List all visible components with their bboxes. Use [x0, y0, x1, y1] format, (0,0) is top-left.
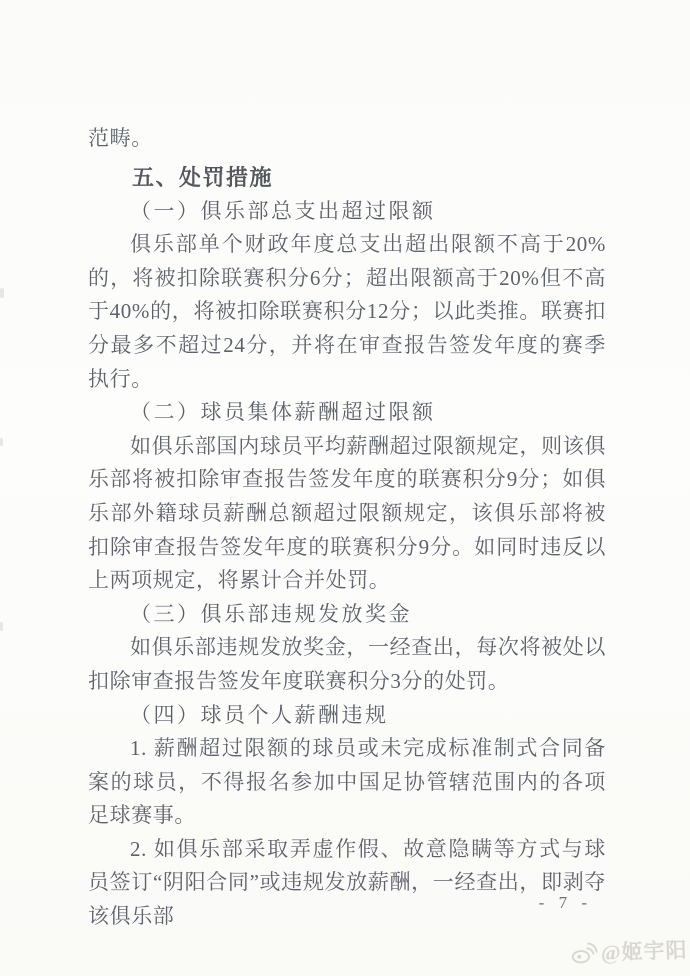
- document-body: 范畴。 五、处罚措施 （一）俱乐部总支出超过限额 俱乐部单个财政年度总支出超出限…: [88, 0, 606, 934]
- subsection-3-paragraph: 如俱乐部违规发放奖金，一经查出，每次将被处以扣除审查报告签发年度联赛积分3分的处…: [88, 631, 606, 698]
- scanned-document-page: 范畴。 五、处罚措施 （一）俱乐部总支出超过限额 俱乐部单个财政年度总支出超出限…: [0, 0, 690, 976]
- weibo-icon: [570, 939, 599, 966]
- scan-edge-artifact: [0, 438, 3, 446]
- subsection-4-paragraph-2: 2. 如俱乐部采取弄虚作假、故意隐瞒等方式与球员签订“阴阳合同”或违规发放薪酬，…: [88, 833, 606, 934]
- scan-edge-artifact: [0, 622, 3, 631]
- scan-edge-artifact: [0, 288, 4, 298]
- subsection-4-paragraph-1: 1. 薪酬超过限额的球员或未完成标准制式合同备案的球员，不得报名参加中国足协管辖…: [88, 732, 606, 833]
- subsection-heading-3: （三）俱乐部违规发放奖金: [88, 598, 606, 632]
- weibo-watermark: @姬宇阳: [570, 934, 689, 968]
- watermark-text: @姬宇阳: [601, 934, 689, 967]
- subsection-heading-2: （二）球员集体薪酬超过限额: [88, 396, 606, 430]
- subsection-heading-4: （四）球员个人薪酬违规: [88, 699, 606, 733]
- subsection-1-paragraph: 俱乐部单个财政年度总支出超出限额不高于20%的，将被扣除联赛积分6分；超出限额高…: [88, 228, 606, 396]
- page-number: - 7 -: [539, 893, 592, 913]
- lead-fragment-text: 范畴。: [88, 122, 606, 156]
- subsection-heading-1: （一）俱乐部总支出超过限额: [88, 195, 606, 229]
- subsection-2-paragraph: 如俱乐部国内球员平均薪酬超过限额规定，则该俱乐部将被扣除审查报告签发年度的联赛积…: [88, 430, 606, 598]
- section-heading-penalty-measures: 五、处罚措施: [88, 161, 606, 195]
